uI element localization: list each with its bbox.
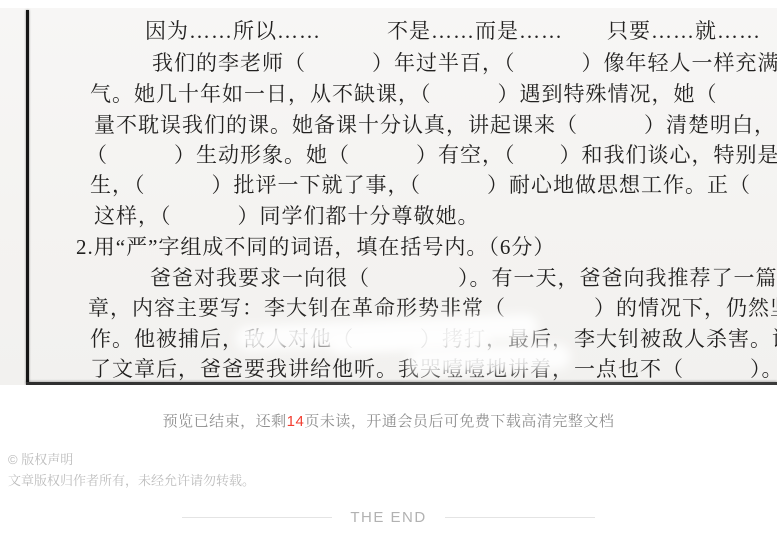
- scan-text-line: 量不耽误我们的课。她备课十分认真，讲起课来（ ）清楚明白，: [94, 112, 776, 138]
- scan-text-line: 因为……所以…… 不是……而是…… 只要……就……: [145, 18, 761, 44]
- scan-text-line: 2.用“严”字组成不同的词语，填在括号内。（6分）: [76, 234, 555, 260]
- scan-text-line: 了文章后，爸爸要我讲给他听。我哭噎噎地讲着，一点也不（ ）。: [90, 356, 777, 382]
- end-rule-left: [182, 517, 332, 518]
- scan-text-line: 气。她几十年如一日，从不缺课，（ ）遇到特殊情况，她（ ）尽: [90, 81, 777, 107]
- end-label: THE END: [350, 509, 426, 526]
- scan-text-line: 这样，（ ）同学们都十分尊敬她。: [94, 203, 480, 229]
- page-spine-line: [26, 10, 29, 385]
- preview-ended-notice: 预览已结束，还剩14页未读，开通会员后可免费下载高清完整文档: [0, 410, 777, 431]
- end-divider: THE END: [0, 505, 777, 529]
- copyright-block: © 版权声明 文章版权归作者所有，未经允许请勿转载。: [8, 449, 255, 491]
- notice-prefix: 预览已结束，还剩: [163, 413, 287, 430]
- scan-bottom-edge: [26, 382, 777, 385]
- end-rule-right: [445, 517, 595, 518]
- scan-text-line: 生，（ ）批评一下就了事，（ ）耐心地做思想工作。正（ ）: [90, 172, 777, 198]
- scan-text-line: 我们的李老师（ ）年过半百，（ ）像年轻人一样充满朝: [152, 50, 777, 76]
- pages-left-count: 14: [287, 413, 305, 430]
- scan-text-line: 章，内容主要写：李大钊在革命形势非常（ ）的情况下，仍然坚持工: [88, 295, 777, 321]
- scan-text-line: （ ）生动形象。她（ ）有空，（ ）和我们谈心，特别是对后进: [86, 142, 777, 168]
- scan-text-line: 爸爸对我要求一向很（ ）。有一天，爸爸向我推荐了一篇文: [150, 265, 777, 291]
- copyright-title: © 版权声明: [8, 449, 255, 470]
- notice-suffix: 页未读，开通会员后可免费下载高清完整文档: [304, 413, 614, 430]
- copyright-text: 文章版权归作者所有，未经允许请勿转载。: [8, 470, 255, 491]
- document-scan-image: 因为……所以…… 不是……而是…… 只要……就…… 我们的李老师（ ）年过半百，…: [0, 8, 777, 385]
- scan-text-line: 作。他被捕后，敌人对他（ ）拷打，最后，李大钊被敌人杀害。读: [90, 326, 777, 352]
